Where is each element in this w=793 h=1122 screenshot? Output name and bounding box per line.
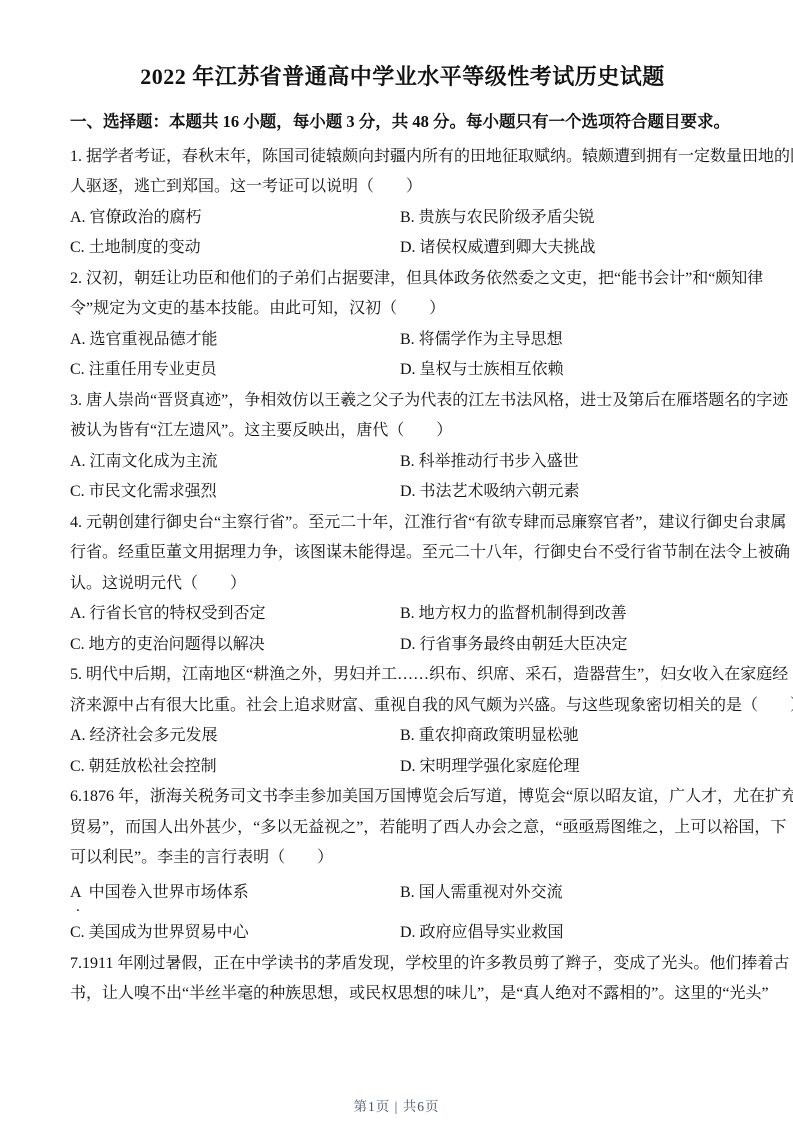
question-3-option-c: C. 市民文化需求强烈 [70, 477, 400, 508]
question-1-option-d: D. 诸侯权威遭到卿大夫挑战 [400, 233, 735, 264]
question-6-stem-line: 可以利民”。李圭的言行表明（ ） [70, 843, 735, 874]
option-text: D. 行省事务最终由朝廷大臣决定 [400, 636, 628, 653]
question-5-stem-line: 5. 明代中后期，江南地区“耕渔之外，男妇并工……织布、织席、采石，造器营生”，… [70, 660, 735, 691]
question-5-option-b: B. 重农抑商政策明显松驰 [400, 721, 735, 752]
question-5-options: A. 经济社会多元发展B. 重农抑商政策明显松驰C. 朝廷放松社会控制D. 宋明… [70, 721, 735, 782]
option-text: B. 贵族与农民阶级矛盾尖锐 [400, 209, 595, 226]
option-text: A. 官僚政治的腐朽 [70, 209, 202, 226]
question-3-stem-line: 被认为皆有“江左遗风”。这主要反映出，唐代（ ） [70, 416, 735, 447]
question-1: 1. 据学者考证，春秋末年，陈国司徒辕颇向封疆内所有的田地征取赋纳。辕颇遭到拥有… [70, 142, 735, 264]
question-2-stem-line: 2. 汉初，朝廷让功臣和他们的子弟们占据要津，但具体政务依然委之文吏，把“能书会… [70, 264, 735, 295]
stray-period-mark: . [76, 900, 80, 915]
question-6-option-c: C. 美国成为世界贸易中心 [70, 918, 400, 949]
option-text: C. 土地制度的变动 [70, 239, 201, 256]
option-text: C. 朝廷放松社会控制 [70, 758, 217, 775]
question-1-options: A. 官僚政治的腐朽B. 贵族与农民阶级矛盾尖锐C. 土地制度的变动D. 诸侯权… [70, 203, 735, 264]
question-3: 3. 唐人崇尚“晋贤真迹”，争相效仿以王羲之父子为代表的江左书法风格，进士及第后… [70, 386, 735, 508]
question-6-option-b: B. 国人需重视对外交流 [400, 878, 735, 909]
option-text: C. 市民文化需求强烈 [70, 483, 217, 500]
question-7: 7.1911 年刚过暑假，正在中学读书的茅盾发现，学校里的许多教员剪了辫子，变成… [70, 949, 735, 1010]
question-3-options: A. 江南文化成为主流B. 科举推动行书步入盛世C. 市民文化需求强烈D. 书法… [70, 447, 735, 508]
option-text: A. 选官重视品德才能 [70, 331, 218, 348]
question-4-option-b: B. 地方权力的监督机制得到改善 [400, 599, 735, 630]
question-2-option-a: A. 选官重视品德才能 [70, 325, 400, 356]
question-7-stem-line: 书，让人嗅不出“半丝半毫的种族思想，或民权思想的味儿”，是“真人绝对不露相的”。… [70, 979, 735, 1010]
option-text: B. 重农抑商政策明显松驰 [400, 727, 579, 744]
question-4-stem-line: 认。这说明元代（ ） [70, 569, 735, 600]
question-4-stem-line: 4. 元朝创建行御史台“主察行省”。至元二十年，江淮行省“有欲专肆而忌廉察官者”… [70, 508, 735, 539]
option-text: A 中国卷入世界市场体系 [70, 884, 249, 901]
question-6-option-d: D. 政府应倡导实业救国 [400, 918, 735, 949]
question-1-stem-line: 1. 据学者考证，春秋末年，陈国司徒辕颇向封疆内所有的田地征取赋纳。辕颇遭到拥有… [70, 142, 735, 173]
option-text: A. 经济社会多元发展 [70, 727, 218, 744]
question-4: 4. 元朝创建行御史台“主察行省”。至元二十年，江淮行省“有欲专肆而忌廉察官者”… [70, 508, 735, 661]
question-2-option-b: B. 将儒学作为主导思想 [400, 325, 735, 356]
question-6-option-a: A 中国卷入世界市场体系. [70, 878, 400, 909]
question-6: 6.1876 年，浙海关税务司文书李圭参加美国万国博览会后写道，博览会“原以昭友… [70, 782, 735, 949]
option-text: C. 地方的吏治问题得以解决 [70, 636, 265, 653]
option-text: C. 美国成为世界贸易中心 [70, 924, 249, 941]
option-text: B. 科举推动行书步入盛世 [400, 453, 579, 470]
question-5-option-c: C. 朝廷放松社会控制 [70, 752, 400, 783]
option-text: D. 政府应倡导实业救国 [400, 924, 564, 941]
question-4-options: A. 行省长官的特权受到否定B. 地方权力的监督机制得到改善C. 地方的吏治问题… [70, 599, 735, 660]
option-text: D. 书法艺术吸纳六朝元素 [400, 483, 580, 500]
option-text: D. 皇权与士族相互依赖 [400, 361, 564, 378]
question-5-option-d: D. 宋明理学强化家庭伦理 [400, 752, 735, 783]
option-text: C. 注重任用专业吏员 [70, 361, 217, 378]
question-4-option-a: A. 行省长官的特权受到否定 [70, 599, 400, 630]
option-text: B. 将儒学作为主导思想 [400, 331, 563, 348]
question-6-stem-line: 6.1876 年，浙海关税务司文书李圭参加美国万国博览会后写道，博览会“原以昭友… [70, 782, 735, 813]
question-5-stem-line: 济来源中占有很大比重。社会上追求财富、重视自我的风气颇为兴盛。与这些现象密切相关… [70, 691, 735, 722]
option-text: B. 国人需重视对外交流 [400, 884, 563, 901]
question-2-option-c: C. 注重任用专业吏员 [70, 355, 400, 386]
question-1-option-a: A. 官僚政治的腐朽 [70, 203, 400, 234]
question-2-option-d: D. 皇权与士族相互依赖 [400, 355, 735, 386]
option-text: D. 诸侯权威遭到卿大夫挑战 [400, 239, 596, 256]
question-3-option-b: B. 科举推动行书步入盛世 [400, 447, 735, 478]
question-2-options: A. 选官重视品德才能B. 将儒学作为主导思想C. 注重任用专业吏员D. 皇权与… [70, 325, 735, 386]
question-3-option-d: D. 书法艺术吸纳六朝元素 [400, 477, 735, 508]
exam-paper-page: 2022 年江苏省普通高中学业水平等级性考试历史试题 一、选择题：本题共 16 … [0, 0, 793, 1122]
question-2: 2. 汉初，朝廷让功臣和他们的子弟们占据要津，但具体政务依然委之文吏，把“能书会… [70, 264, 735, 386]
question-3-option-a: A. 江南文化成为主流 [70, 447, 400, 478]
option-text: D. 宋明理学强化家庭伦理 [400, 758, 580, 775]
question-5: 5. 明代中后期，江南地区“耕渔之外，男妇并工……织布、织席、采石，造器营生”，… [70, 660, 735, 782]
question-5-option-a: A. 经济社会多元发展 [70, 721, 400, 752]
question-1-stem-line: 人驱逐，逃亡到郑国。这一考证可以说明（ ） [70, 172, 735, 203]
question-2-stem-line: 令”规定为文吏的基本技能。由此可知，汉初（ ） [70, 294, 735, 325]
question-4-option-c: C. 地方的吏治问题得以解决 [70, 630, 400, 661]
option-text: B. 地方权力的监督机制得到改善 [400, 605, 627, 622]
option-text: A. 江南文化成为主流 [70, 453, 218, 470]
question-4-stem-line: 行省。经重臣董文用据理力争，该图谋未能得逞。至元二十八年，行御史台不受行省节制在… [70, 538, 735, 569]
question-1-option-c: C. 土地制度的变动 [70, 233, 400, 264]
question-7-stem-line: 7.1911 年刚过暑假，正在中学读书的茅盾发现，学校里的许多教员剪了辫子，变成… [70, 949, 735, 980]
option-text: A. 行省长官的特权受到否定 [70, 605, 266, 622]
question-3-stem-line: 3. 唐人崇尚“晋贤真迹”，争相效仿以王羲之父子为代表的江左书法风格，进士及第后… [70, 386, 735, 417]
question-4-option-d: D. 行省事务最终由朝廷大臣决定 [400, 630, 735, 661]
question-1-option-b: B. 贵族与农民阶级矛盾尖锐 [400, 203, 735, 234]
questions-list: 1. 据学者考证，春秋末年，陈国司徒辕颇向封疆内所有的田地征取赋纳。辕颇遭到拥有… [70, 142, 735, 1010]
page-title: 2022 年江苏省普通高中学业水平等级性考试历史试题 [70, 62, 735, 92]
question-6-options: A 中国卷入世界市场体系.B. 国人需重视对外交流C. 美国成为世界贸易中心D.… [70, 878, 735, 949]
page-footer: 第1页 | 共6页 [0, 1095, 793, 1115]
question-6-stem-line: 贸易”，而国人出外甚少，“多以无益视之”，若能明了西人办会之意，“亟亟焉图维之，… [70, 813, 735, 844]
section-instructions: 一、选择题：本题共 16 小题，每小题 3 分，共 48 分。每小题只有一个选项… [70, 107, 735, 138]
